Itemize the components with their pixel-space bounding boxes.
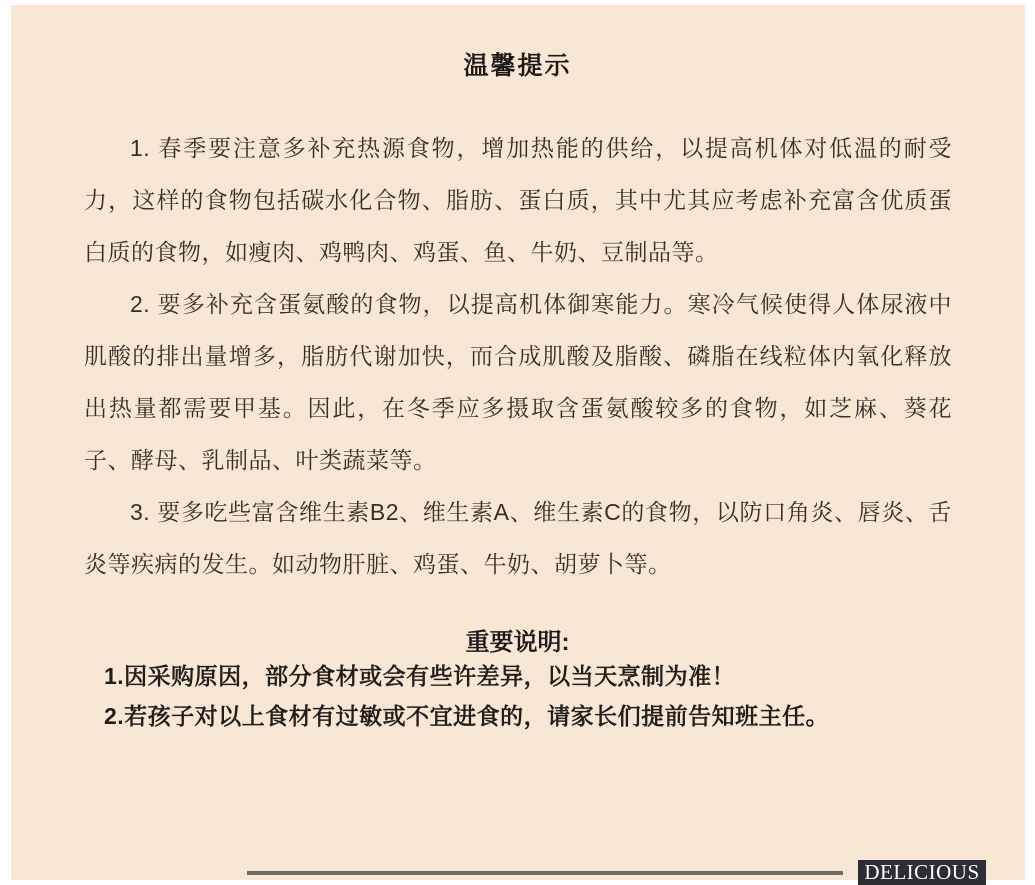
important-note-2: 2.若孩子对以上食材有过敏或不宜进食的，请家长们提前告知班主任。	[104, 696, 964, 736]
important-notes: 1.因采购原因，部分食材或会有些许差异，以当天烹制为准！ 2.若孩子对以上食材有…	[104, 656, 964, 736]
delicious-badge-label: DELICIOUS	[864, 860, 979, 884]
footer-divider	[247, 871, 843, 875]
tip-paragraph-1: 1. 春季要注意多补充热源食物，增加热能的供给，以提高机体对低温的耐受力，这样的…	[84, 122, 952, 278]
delicious-badge: DELICIOUS	[858, 860, 986, 885]
notice-page: 温馨提示 1. 春季要注意多补充热源食物，增加热能的供给，以提高机体对低温的耐受…	[0, 0, 1035, 885]
tips-body: 1. 春季要注意多补充热源食物，增加热能的供给，以提高机体对低温的耐受力，这样的…	[84, 122, 952, 590]
page-title: 温馨提示	[0, 46, 1035, 82]
tip-paragraph-2: 2. 要多补充含蛋氨酸的食物，以提高机体御寒能力。寒冷气候使得人体尿液中肌酸的排…	[84, 278, 952, 486]
tip-paragraph-3: 3. 要多吃些富含维生素B2、维生素A、维生素C的食物，以防口角炎、唇炎、舌炎等…	[84, 486, 952, 590]
important-note-1: 1.因采购原因，部分食材或会有些许差异，以当天烹制为准！	[104, 656, 964, 696]
important-heading: 重要说明:	[0, 622, 1035, 657]
